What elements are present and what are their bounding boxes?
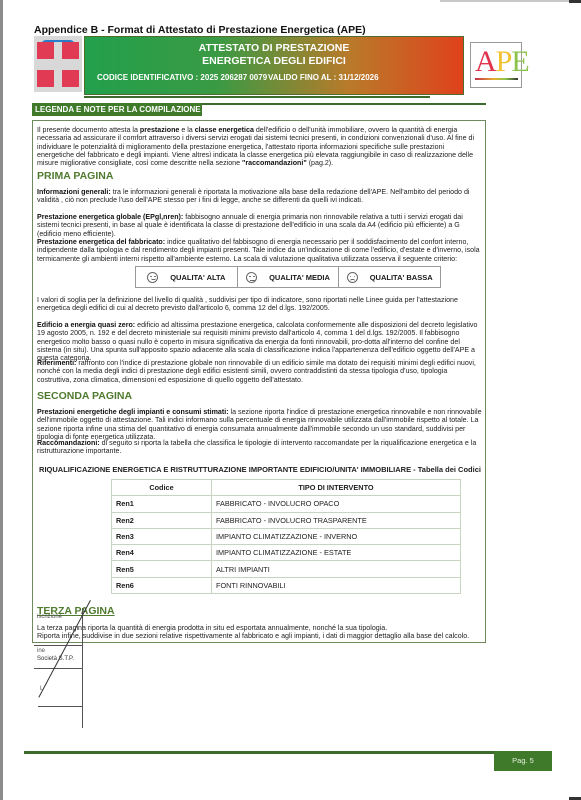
table-row: Ren6FONTI RINNOVABILI [112,577,461,593]
table-row: Ren5ALTRI IMPIANTI [112,561,461,577]
section-title-terza-pagina: TERZA PAGINA [37,605,115,617]
codes-table-title: RIQUALIFICAZIONE ENERGETICA E RISTRUTTUR… [37,465,483,474]
info-generali-paragraph: Informazioni generali: tra le informazio… [37,188,483,205]
intro-paragraph: Il presente documento attesta la prestaz… [37,126,483,167]
prestazione-fabbricato-paragraph: Prestazione energetica del fabbricato: i… [37,238,483,263]
banner-underline [84,96,430,98]
document-header-title: Appendice B - Format di Attestato di Pre… [34,24,366,36]
banner-title-box: ATTESTATO DI PRESTAZIONE ENERGETICA DEGL… [84,36,464,95]
section-title-seconda-pagina: SECONDA PAGINA [37,390,132,402]
ape-logo-icon: APE [470,42,522,88]
scan-corner [569,0,581,3]
legend-section-tab: LEGENDA E NOTE PER LA COMPILAZIONE [32,103,202,116]
quality-medium: QUALITA' MEDIA [238,267,340,287]
prestazioni-impianti-paragraph: Prestazioni energetiche degli impianti e… [37,408,483,441]
quality-high: QUALITA' ALTA [136,267,238,287]
banner-title: ATTESTATO DI PRESTAZIONE ENERGETICA DEGL… [85,42,463,68]
footer-rule [24,751,552,754]
ape-banner: ATTESTATO DI PRESTAZIONE ENERGETICA DEGL… [34,36,534,96]
page-number-badge: Pag. 5 [494,751,552,771]
prestazione-globale-paragraph: Prestazione energetica globale (EPgl,nre… [37,213,483,238]
terza-pagina-paragraph: La terza pagina riporta la quantità di e… [37,624,483,641]
legend-rule [202,103,486,105]
column-header-intervention: TIPO DI INTERVENTO [212,480,461,496]
riferimenti-paragraph: Riferimenti: raffronto con l'indice di p… [37,359,483,384]
table-row: Ren1FABBRICATO - INVOLUCRO OPACO [112,496,461,512]
table-row: Ren3IMPIANTO CLIMATIZZAZIONE - INVERNO [112,528,461,544]
soglie-paragraph: I valori di soglia per la definizione de… [37,296,483,313]
neutral-face-icon [246,272,257,283]
codes-table: Codice TIPO DI INTERVENTO Ren1FABBRICATO… [111,479,461,594]
valid-until: VALIDO FINO AL : 31/12/2026 [268,73,379,82]
table-row: Ren4IMPIANTO CLIMATIZZAZIONE - ESTATE [112,545,461,561]
happy-face-icon [147,272,158,283]
section-title-prima-pagina: PRIMA PAGINA [37,170,113,182]
quality-scale: QUALITA' ALTA QUALITA' MEDIA QUALITA' BA… [135,266,441,288]
scan-edge [0,0,3,800]
raccomandazioni-paragraph: Raccomandazioni: di seguito si riporta l… [37,439,483,456]
quality-low: QUALITA' BASSA [339,267,440,287]
column-header-code: Codice [112,480,212,496]
region-logo-icon [34,36,82,92]
scan-edge [440,0,581,2]
identification-code: CODICE IDENTIFICATIVO : 2025 206287 0079 [97,73,267,82]
nzeb-paragraph: Edificio a energia quasi zero: edificio … [37,321,483,362]
table-header-row: Codice TIPO DI INTERVENTO [112,480,461,496]
table-row: Ren2FABBRICATO - INVOLUCRO TRASPARENTE [112,512,461,528]
sad-face-icon [347,272,358,283]
